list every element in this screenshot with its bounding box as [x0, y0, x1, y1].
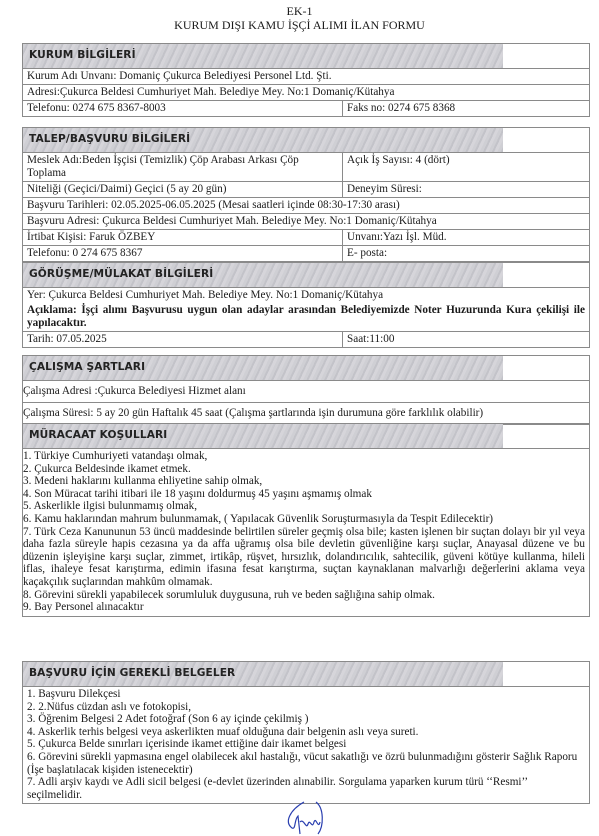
- list-item: 4. Askerlik terhis belgesi veya askerlik…: [27, 726, 585, 739]
- list-item: 1. Başvuru Dilekçesi: [27, 688, 585, 701]
- contact-phone: Telefonu: 0 274 675 8367: [23, 246, 343, 261]
- list-item: 2. Çukurca Beldesinde ikamet etmek.: [23, 463, 585, 476]
- belgeler-section: BAŞVURU İÇİN GEREKLİ BELGELER 1. Başvuru…: [22, 661, 590, 804]
- kurum-phone: Telefonu: 0274 675 8367-8003: [23, 101, 343, 116]
- application-dates: Başvuru Tarihleri: 02.05.2025-06.05.2025…: [23, 198, 589, 213]
- section-header: ÇALIŞMA ŞARTLARI: [23, 356, 589, 381]
- list-item: 7. Türk Ceza Kanununun 53 üncü maddesind…: [23, 526, 585, 589]
- section-title: KURUM BİLGİLERİ: [29, 49, 136, 61]
- interview-place: Yer: Çukurca Beldesi Cumhuriyet Mah. Bel…: [23, 288, 589, 303]
- work-address: Çalışma Adresi :Çukurca Belediyesi Hizme…: [23, 384, 589, 399]
- interview-date: Tarih: 07.05.2025: [23, 332, 343, 347]
- contact-title: Unvanı:Yazı İşl. Müd.: [343, 230, 589, 245]
- section-title: MÜRACAAT KOŞULLARI: [29, 429, 167, 441]
- kurum-fax: Faks no: 0274 675 8368: [343, 101, 589, 116]
- contact-person: İrtibat Kişisi: Faruk ÖZBEY: [23, 230, 343, 245]
- interview-note: Açıklama: İşçi alımı Başvurusu uygun ola…: [23, 303, 589, 331]
- kurum-address: Adresi:Çukurca Beldesi Cumhuriyet Mah. B…: [23, 85, 589, 100]
- section-title: TALEP/BAŞVURU BİLGİLERİ: [29, 133, 190, 145]
- list-item: 1. Türkiye Cumhuriyeti vatandaşı olmak,: [23, 450, 585, 463]
- job-nature: Niteliği (Geçici/Daimi) Geçici (5 ay 20 …: [23, 182, 343, 197]
- list-item: 3. Medeni haklarını kullanma ehliyetine …: [23, 475, 585, 488]
- section-header: TALEP/BAŞVURU BİLGİLERİ: [23, 128, 589, 153]
- list-item: 7. Adli arşiv kaydı ve Adli sicil belges…: [27, 776, 585, 801]
- open-positions: Açık İş Sayısı: 4 (dört): [343, 153, 589, 181]
- muracaat-section: MÜRACAAT KOŞULLARI 1. Türkiye Cumhuriyet…: [22, 423, 590, 617]
- talep-section: TALEP/BAŞVURU BİLGİLERİ Meslek Adı:Beden…: [22, 127, 590, 262]
- list-item: 4. Son Müracat tarihi itibari ile 18 yaş…: [23, 488, 585, 501]
- annex-label: EK-1: [0, 4, 599, 18]
- list-item: 5. Askerlikle ilgisi bulunmamış olmak,: [23, 500, 585, 513]
- signature-icon: [280, 800, 330, 836]
- interview-time: Saat:11:00: [343, 332, 589, 347]
- calisma-section: ÇALIŞMA ŞARTLARI Çalışma Adresi :Çukurca…: [22, 355, 590, 425]
- list-item: 5. Çukurca Belde sınırları içerisinde ik…: [27, 738, 585, 751]
- section-header: MÜRACAAT KOŞULLARI: [23, 424, 589, 449]
- list-item: 2. 2.Nüfus cüzdan aslı ve fotokopisi,: [27, 701, 585, 714]
- documents-list: 1. Başvuru Dilekçesi 2. 2.Nüfus cüzdan a…: [23, 687, 589, 803]
- list-item: 8. Görevini sürekli yapabilecek sorumlul…: [23, 589, 585, 602]
- gorusme-section: GÖRÜŞME/MÜLAKAT BİLGİLERİ Yer: Çukurca B…: [22, 262, 590, 348]
- contact-email: E- posta:: [343, 246, 589, 261]
- section-title: BAŞVURU İÇİN GEREKLİ BELGELER: [29, 667, 235, 679]
- section-header: GÖRÜŞME/MÜLAKAT BİLGİLERİ: [23, 263, 589, 288]
- section-header: KURUM BİLGİLERİ: [23, 44, 589, 69]
- section-header: BAŞVURU İÇİN GEREKLİ BELGELER: [23, 662, 589, 687]
- list-item: 3. Öğrenim Belgesi 2 Adet fotoğraf (Son …: [27, 713, 585, 726]
- list-item: 9. Bay Personel alınacaktır: [23, 601, 585, 614]
- form-title: KURUM DIŞI KAMU İŞÇİ ALIMI İLAN FORMU: [0, 18, 599, 32]
- requirements-list: 1. Türkiye Cumhuriyeti vatandaşı olmak, …: [23, 449, 589, 616]
- experience: Deneyim Süresi:: [343, 182, 589, 197]
- kurum-section: KURUM BİLGİLERİ Kurum Adı Unvanı: Domani…: [22, 43, 590, 117]
- work-duration: Çalışma Süresi: 5 ay 20 gün Haftalık 45 …: [23, 406, 589, 421]
- kurum-name: Kurum Adı Unvanı: Domaniç Çukurca Beledi…: [23, 69, 589, 84]
- list-item: 6. Görevini sürekli yapmasına engel olab…: [27, 751, 585, 776]
- section-title: ÇALIŞMA ŞARTLARI: [29, 361, 145, 373]
- list-item: 6. Kamu haklarından mahrum bulunmamak, (…: [23, 513, 585, 526]
- job-name: Meslek Adı:Beden İşçisi (Temizlik) Çöp A…: [23, 153, 343, 181]
- application-address: Başvuru Adresi: Çukurca Beldesi Cumhuriy…: [23, 214, 589, 229]
- section-title: GÖRÜŞME/MÜLAKAT BİLGİLERİ: [29, 268, 213, 280]
